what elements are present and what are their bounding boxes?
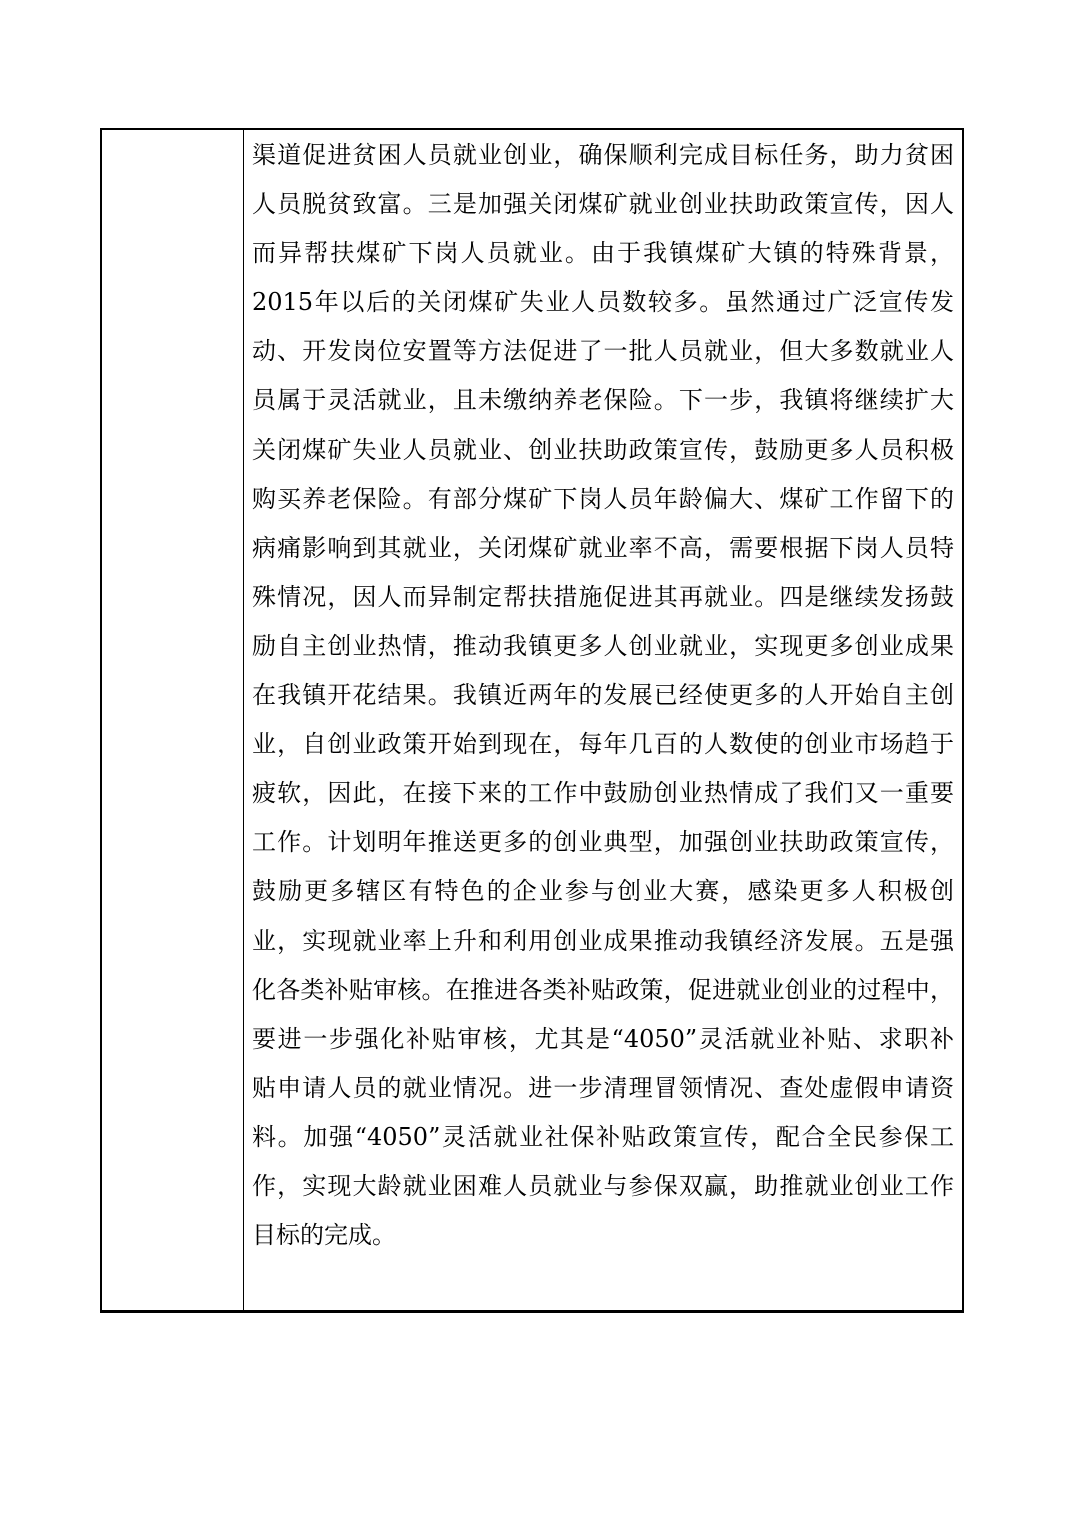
text-line: 在我镇开花结果。我镇近两年的发展已经使更多的人开始自主创: [252, 671, 954, 720]
text-line: 业，实现就业率上升和利用创业成果推动我镇经济发展。五是强: [252, 917, 954, 966]
text-line: 关闭煤矿失业人员就业、创业扶助政策宣传，鼓励更多人员积极: [252, 426, 954, 475]
report-text: 渠道促进贫困人员就业创业，确保顺利完成目标任务，助力贫困人员脱贫致富。三是加强关…: [252, 131, 954, 1260]
text-line: 化各类补贴审核。在推进各类补贴政策，促进就业创业的过程中，: [252, 966, 954, 1015]
table-label-cell: [102, 130, 244, 1310]
text-line: 料。加强“4050”灵活就业社保补贴政策宣传，配合全民参保工: [252, 1113, 954, 1162]
text-line: 业，自创业政策开始到现在，每年几百的人数使的创业市场趋于: [252, 720, 954, 769]
text-line: 疲软，因此，在接下来的工作中鼓励创业热情成了我们又一重要: [252, 769, 954, 818]
table-content-cell: 渠道促进贫困人员就业创业，确保顺利完成目标任务，助力贫困人员脱贫致富。三是加强关…: [244, 130, 962, 1310]
text-line: 渠道促进贫困人员就业创业，确保顺利完成目标任务，助力贫困: [252, 131, 954, 180]
text-line: 人员脱贫致富。三是加强关闭煤矿就业创业扶助政策宣传，因人: [252, 180, 954, 229]
text-line: 工作。计划明年推送更多的创业典型，加强创业扶助政策宣传，: [252, 818, 954, 867]
text-line: 作，实现大龄就业困难人员就业与参保双赢，助推就业创业工作: [252, 1162, 954, 1211]
text-line: 目标的完成。: [252, 1211, 954, 1260]
text-line: 贴申请人员的就业情况。进一步清理冒领情况、查处虚假申请资: [252, 1064, 954, 1113]
text-line: 而异帮扶煤矿下岗人员就业。由于我镇煤矿大镇的特殊背景，: [252, 229, 954, 278]
text-line: 购买养老保险。有部分煤矿下岗人员年龄偏大、煤矿工作留下的: [252, 475, 954, 524]
text-line: 要进一步强化补贴审核，尤其是“4050”灵活就业补贴、求职补: [252, 1015, 954, 1064]
document-page: 渠道促进贫困人员就业创业，确保顺利完成目标任务，助力贫困人员脱贫致富。三是加强关…: [0, 0, 1074, 1520]
text-line: 员属于灵活就业，且未缴纳养老保险。下一步，我镇将继续扩大: [252, 376, 954, 425]
text-line: 鼓励更多辖区有特色的企业参与创业大赛，感染更多人积极创: [252, 867, 954, 916]
report-table: 渠道促进贫困人员就业创业，确保顺利完成目标任务，助力贫困人员脱贫致富。三是加强关…: [100, 128, 964, 1313]
text-line: 励自主创业热情，推动我镇更多人创业就业，实现更多创业成果: [252, 622, 954, 671]
text-line: 2015年以后的关闭煤矿失业人员数较多。虽然通过广泛宣传发: [252, 278, 954, 327]
text-line: 病痛影响到其就业，关闭煤矿就业率不高，需要根据下岗人员特: [252, 524, 954, 573]
text-line: 殊情况，因人而异制定帮扶措施促进其再就业。四是继续发扬鼓: [252, 573, 954, 622]
text-line: 动、开发岗位安置等方法促进了一批人员就业，但大多数就业人: [252, 327, 954, 376]
